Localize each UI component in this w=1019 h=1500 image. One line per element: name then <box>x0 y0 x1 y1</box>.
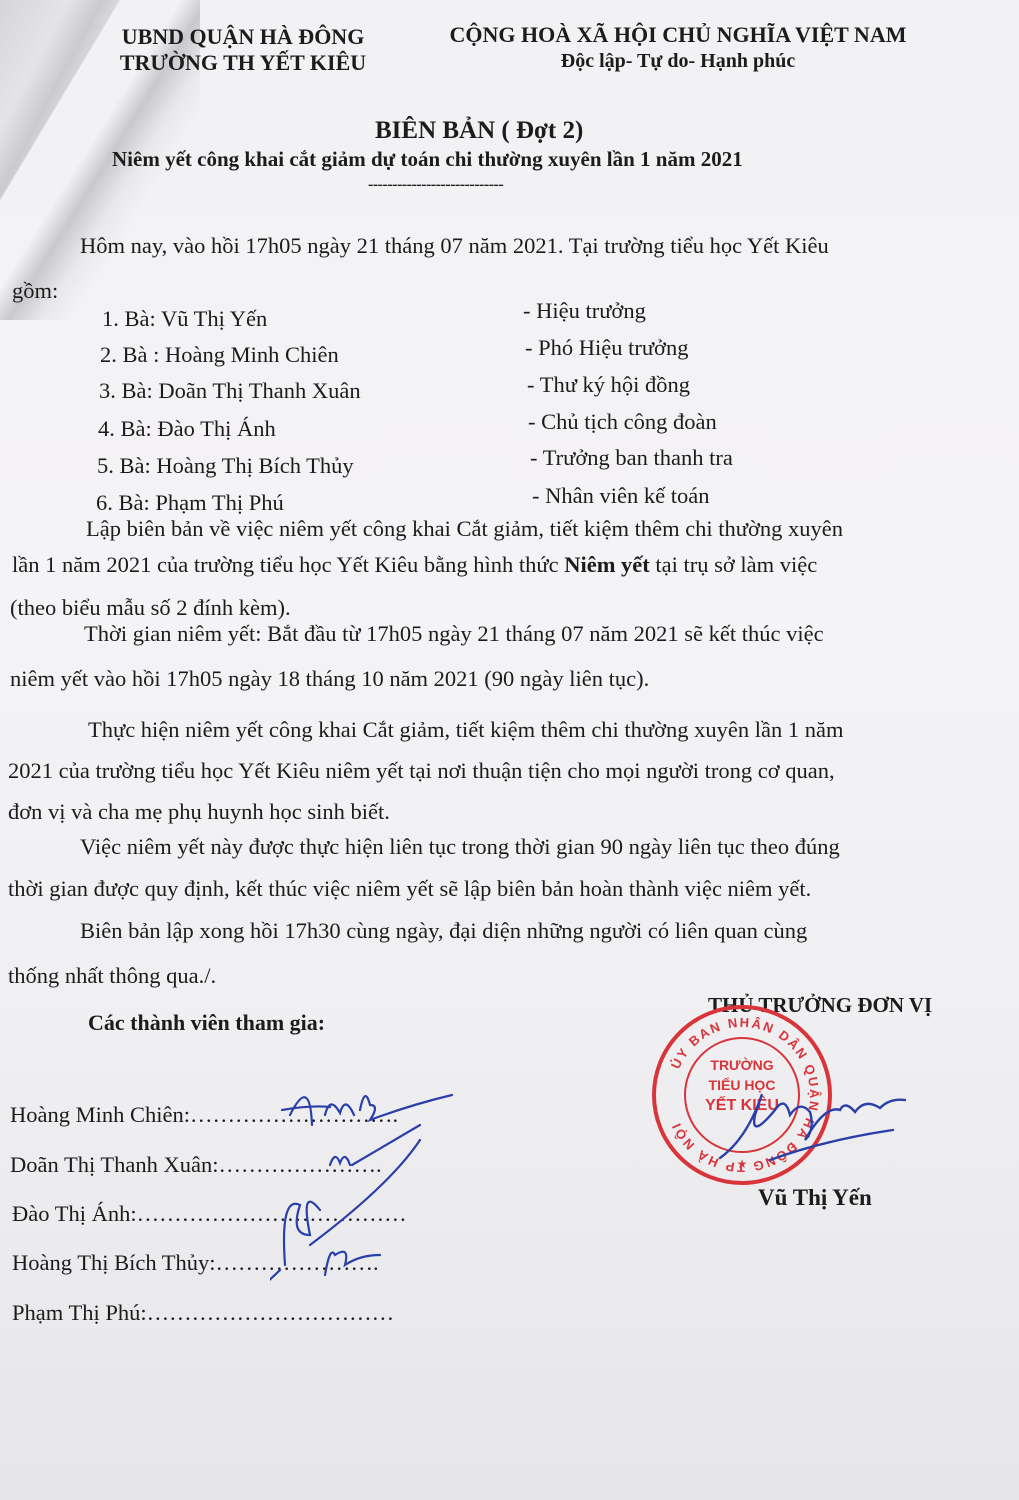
member-role: - Trưởng ban thanh tra <box>530 444 733 472</box>
paragraph-1-line-1: Lập biên bản về việc niêm yết công khai … <box>86 515 843 543</box>
signature-line: Doãn Thị Thanh Xuân:…………………. <box>10 1152 382 1178</box>
signature-line: Phạm Thị Phú:…………………………… <box>12 1300 394 1326</box>
stamp-star-icon: ★ <box>656 1157 828 1171</box>
member-role: - Thư ký hội đồng <box>527 371 690 399</box>
stamp-line-3: YẾT KIÊU <box>656 1097 828 1115</box>
paragraph-3-line-1: Thực hiện niêm yết công khai Cắt giảm, t… <box>88 716 844 744</box>
member-name: 4. Bà: Đào Thị Ánh <box>98 415 276 443</box>
member-name: 5. Bà: Hoàng Thị Bích Thủy <box>97 452 354 480</box>
intro-line-1: Hôm nay, vào hồi 17h05 ngày 21 tháng 07 … <box>80 232 829 260</box>
members-heading: Các thành viên tham gia: <box>88 1010 325 1036</box>
member-role: - Chủ tịch công đoàn <box>528 408 717 436</box>
org-line-2: TRƯỜNG TH YẾT KIÊU <box>108 50 378 76</box>
member-role: - Nhân viên kế toán <box>532 482 709 510</box>
stamp-inner-circle <box>684 1037 800 1153</box>
official-stamp: ỦY BAN NHÂN DÂN QUẬN HÀ ĐÔNG TP HÀ NỘI T… <box>652 1005 832 1185</box>
paragraph-3-line-3: đơn vị và cha mẹ phụ huynh học sinh biết… <box>8 798 390 826</box>
member-name: 3. Bà: Doãn Thị Thanh Xuân <box>99 377 361 405</box>
text-run: lần 1 năm 2021 của trường tiểu học Yết K… <box>12 552 564 577</box>
paragraph-2-line-1: Thời gian niêm yết: Bắt đầu từ 17h05 ngà… <box>84 620 824 648</box>
paragraph-4-line-2: thời gian được quy định, kết thúc việc n… <box>8 875 811 903</box>
paragraph-3-line-2: 2021 của trường tiểu học Yết Kiêu niêm y… <box>8 757 835 785</box>
document-subtitle: Niêm yết công khai cắt giảm dự toán chi … <box>112 147 743 172</box>
paragraph-1-line-3: (theo biểu mẫu số 2 đính kèm). <box>10 594 291 622</box>
org-header: UBND QUẬN HÀ ĐÔNG TRƯỜNG TH YẾT KIÊU <box>108 24 378 76</box>
text-run: tại trụ sở làm việc <box>650 552 817 577</box>
member-name: 2. Bà : Hoàng Minh Chiên <box>100 341 339 369</box>
paragraph-1-line-2: lần 1 năm 2021 của trường tiểu học Yết K… <box>12 551 817 579</box>
signature-line: Đào Thị Ánh:……………………………… <box>12 1201 407 1227</box>
paragraph-5-line-2: thống nhất thông qua./. <box>8 962 216 990</box>
nation-line-1: CỘNG HOÀ XÃ HỘI CHỦ NGHĨA VIỆT NAM <box>418 22 938 48</box>
document-title: BIÊN BẢN ( Đợt 2) <box>375 117 583 145</box>
bold-text: Niêm yết <box>564 552 650 577</box>
signature-line: Hoàng Thị Bích Thủy:…………………. <box>12 1250 379 1276</box>
nation-line-2: Độc lập- Tự do- Hạnh phúc <box>418 48 938 74</box>
paragraph-5-line-1: Biên bản lập xong hồi 17h30 cùng ngày, đ… <box>80 917 807 945</box>
signature-line: Hoàng Minh Chiên:………………………. <box>10 1102 398 1128</box>
nation-header: CỘNG HOÀ XÃ HỘI CHỦ NGHĨA VIỆT NAM Độc l… <box>418 22 938 74</box>
paragraph-2-line-2: niêm yết vào hồi 17h05 ngày 18 tháng 10 … <box>10 665 649 693</box>
head-name: Vũ Thị Yến <box>758 1185 872 1211</box>
member-role: - Hiệu trưởng <box>523 297 646 325</box>
paragraph-4-line-1: Việc niêm yết này được thực hiện liên tụ… <box>80 833 840 861</box>
stamp-line-1: TRƯỜNG <box>656 1057 828 1073</box>
org-line-1: UBND QUẬN HÀ ĐÔNG <box>108 24 378 50</box>
stamp-line-2: TIỂU HỌC <box>656 1077 828 1093</box>
member-role: - Phó Hiệu trưởng <box>525 334 688 362</box>
intro-line-2: gồm: <box>12 277 58 305</box>
member-name: 6. Bà: Phạm Thị Phú <box>96 489 284 517</box>
separator: ---------------------------- <box>368 176 503 194</box>
member-name: 1. Bà: Vũ Thị Yến <box>102 305 267 333</box>
